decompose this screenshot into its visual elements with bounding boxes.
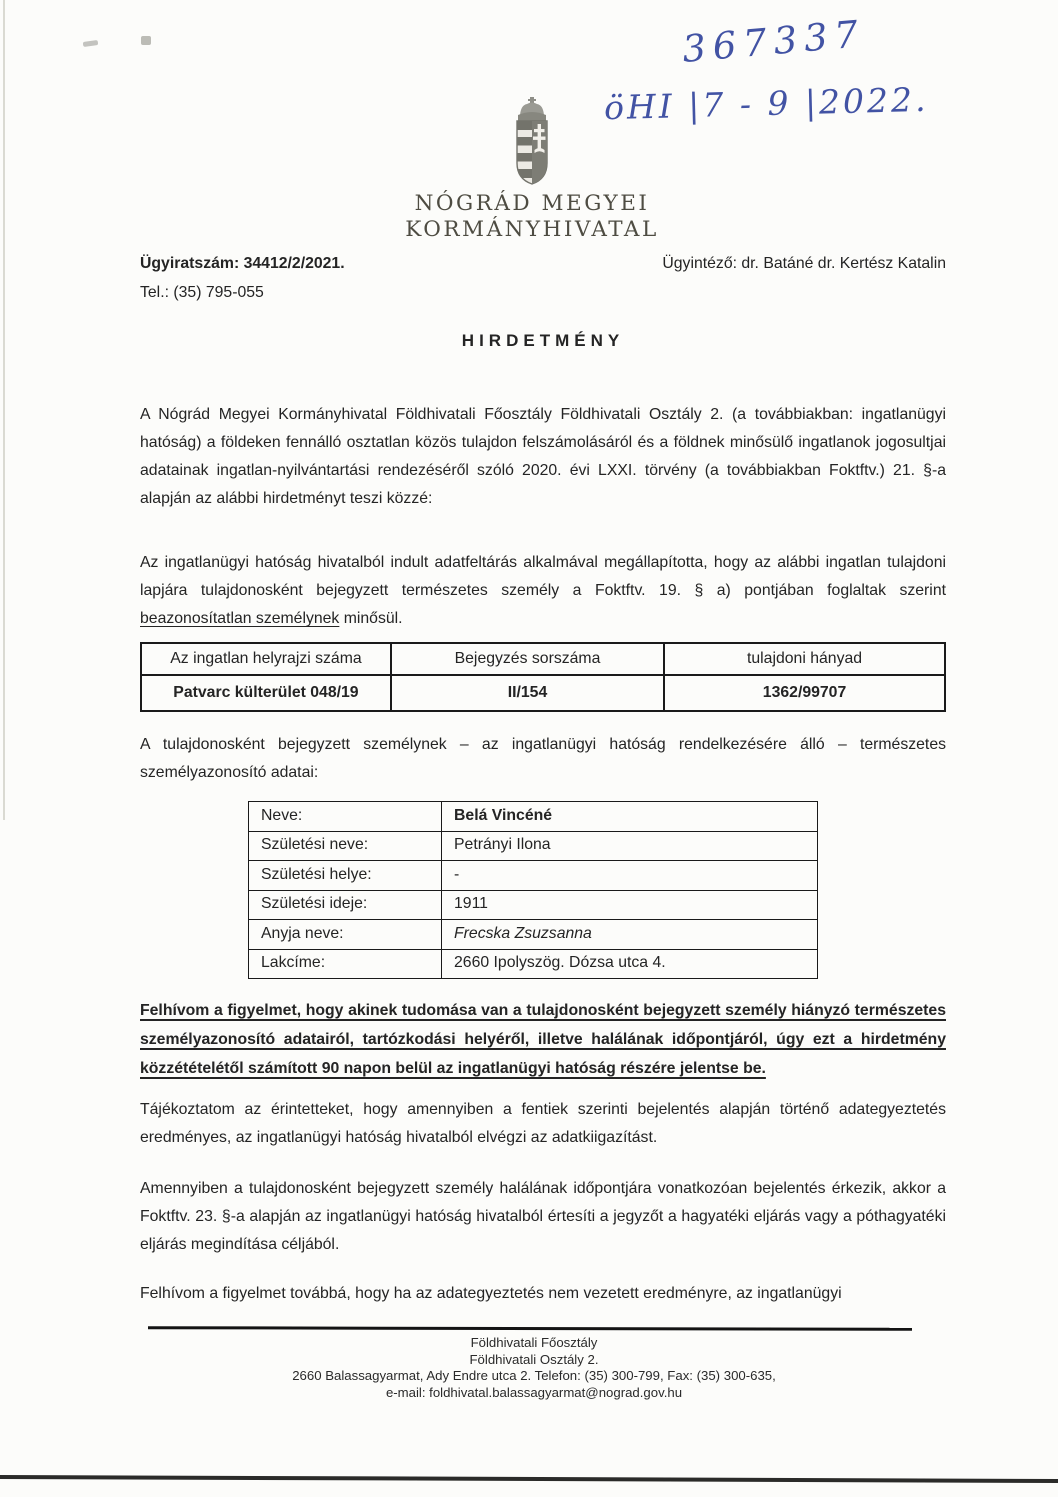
paragraph-final: Felhívom a figyelmet továbbá, hogy ha az… [140, 1280, 946, 1308]
paragraph-intro: A Nógrád Megyei Kormányhivatal Földhivat… [140, 401, 946, 513]
scan-smudge [83, 40, 99, 47]
birth-date-label: Születési ideje: [249, 890, 442, 920]
org-name-line2: KORMÁNYHIVATAL [282, 217, 782, 243]
paragraph-death-report: Amennyiben a tulajdonosként bejegyzett s… [140, 1175, 946, 1259]
property-ownership-share: 1362/99707 [664, 675, 945, 711]
paragraph-info: Tájékoztatom az érintetteket, hogy amenn… [140, 1096, 946, 1152]
document-title: HIRDETMÉNY [140, 331, 946, 351]
address-label: Lakcíme: [249, 949, 442, 979]
document-body: A Nógrád Megyei Kormányhivatal Földhivat… [140, 401, 946, 1308]
footer-divider [148, 1326, 912, 1331]
scan-bottom-edge [0, 1475, 1058, 1483]
birth-place-value: - [442, 861, 818, 891]
org-name: NÓGRÁD MEGYEI KORMÁNYHIVATAL [282, 191, 782, 243]
property-parcel-number: Patvarc külterület 048/19 [141, 675, 391, 711]
property-table-header: Az ingatlan helyrajzi száma [141, 643, 391, 675]
scan-smudge [141, 36, 151, 45]
person-name-label: Neve: [249, 802, 442, 832]
case-info-row: Ügyiratszám: 34412/2/2021. Ügyintéző: dr… [140, 255, 946, 273]
address-value: 2660 Ipolyszög. Dózsa utca 4. [442, 949, 818, 979]
handwritten-case-code: öHI |7 - 9 |2022. [604, 80, 929, 127]
notice-paragraph: Felhívom a figyelmet, hogy akinek tudomá… [140, 996, 946, 1083]
clerk-name: Ügyintéző: dr. Batáné dr. Kertész Katali… [662, 255, 946, 273]
property-table-row: Patvarc külterület 048/19 II/154 1362/99… [141, 675, 945, 711]
table-row: Születési neve: Petrányi Ilona [249, 831, 818, 861]
footer-department: Földhivatali Főosztály [131, 1335, 937, 1352]
underlined-term: beazonosítatlan személynek [140, 610, 339, 627]
paragraph-person-data-intro: A tulajdonosként bejegyzett személynek –… [140, 731, 946, 787]
property-table: Az ingatlan helyrajzi száma Bejegyzés so… [140, 642, 946, 712]
paragraph-finding: Az ingatlanügyi hatóság hivatalból indul… [140, 549, 946, 633]
footer-address-phone: 2660 Balassagyarmat, Ady Endre utca 2. T… [131, 1368, 937, 1385]
table-row: Neve: Belá Vincéné [249, 802, 818, 832]
mother-name-value: Frecska Zsuzsanna [442, 920, 818, 950]
coat-of-arms-logo [503, 97, 561, 187]
birth-name-label: Születési neve: [249, 831, 442, 861]
table-row: Lakcíme: 2660 Ipolyszög. Dózsa utca 4. [249, 949, 818, 979]
scan-edge-line [3, 0, 5, 820]
property-table-header-row: Az ingatlan helyrajzi száma Bejegyzés so… [141, 643, 945, 675]
phone-number: Tel.: (35) 795-055 [140, 284, 264, 302]
footer-email: e-mail: foldhivatal.balassagyarmat@nogra… [131, 1385, 937, 1402]
birth-place-label: Születési helye: [249, 861, 442, 891]
table-row: Anyja neve: Frecska Zsuzsanna [249, 920, 818, 950]
table-row: Születési helye: - [249, 861, 818, 891]
birth-name-value: Petrányi Ilona [442, 831, 818, 861]
footer: Földhivatali Főosztály Földhivatali Oszt… [131, 1335, 937, 1401]
footer-office: Földhivatali Osztály 2. [131, 1352, 937, 1369]
person-table: Neve: Belá Vincéné Születési neve: Petrá… [248, 801, 818, 979]
table-row: Születési ideje: 1911 [249, 890, 818, 920]
birth-date-value: 1911 [442, 890, 818, 920]
mother-name-label: Anyja neve: [249, 920, 442, 950]
handwritten-file-number: 367337 [680, 12, 866, 71]
person-name-value: Belá Vincéné [442, 802, 818, 832]
property-entry-number: II/154 [391, 675, 664, 711]
property-table-header: tulajdoni hányad [664, 643, 945, 675]
paragraph-finding-end: minősül. [339, 610, 402, 627]
property-table-header: Bejegyzés sorszáma [391, 643, 664, 675]
org-name-line1: NÓGRÁD MEGYEI [282, 191, 782, 217]
case-number: Ügyiratszám: 34412/2/2021. [140, 255, 345, 273]
paragraph-finding-text: Az ingatlanügyi hatóság hivatalból indul… [140, 554, 946, 599]
document-page: 367337 öHI |7 - 9 |2022. [0, 0, 1058, 1497]
